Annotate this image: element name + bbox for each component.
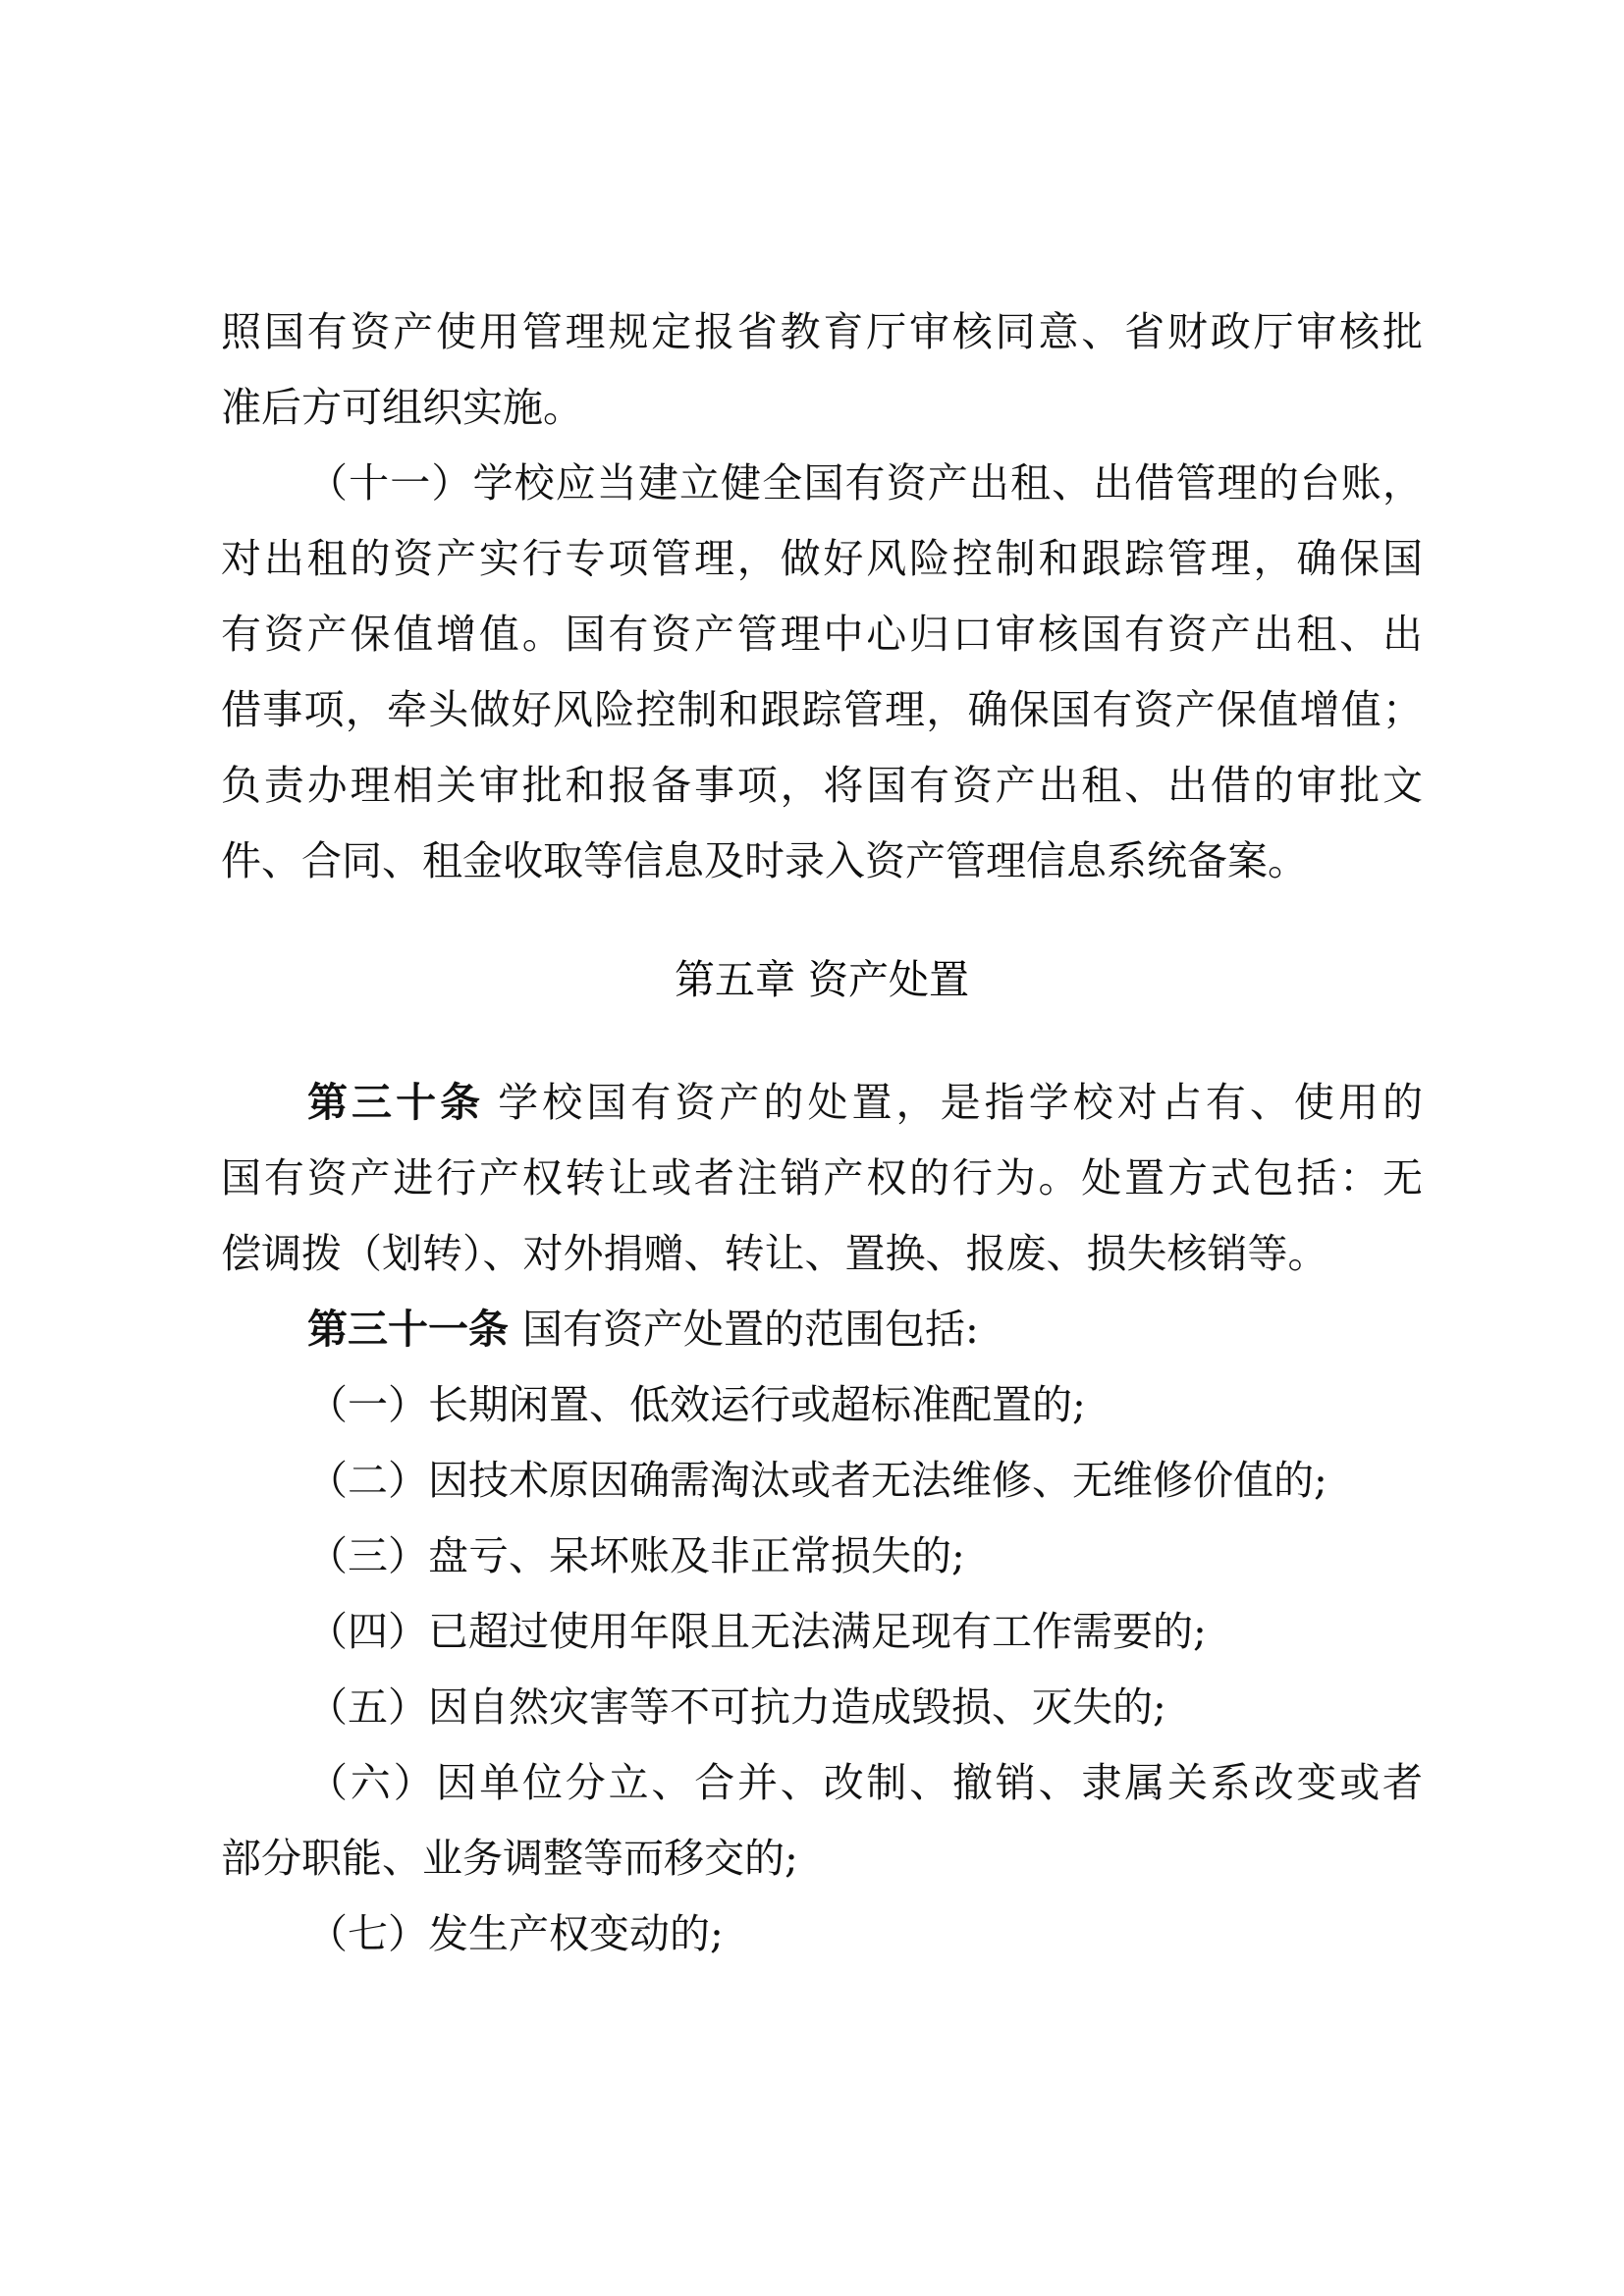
article-first-line: 第三十一条国有资产处置的范围包括:: [221, 1292, 1423, 1367]
continuation-paragraph: 照国有资产使用管理规定报省教育厅审核同意、省财政厅审核批 准后方可组织实施。: [221, 294, 1423, 446]
list-item: （三）盘亏、呆坏账及非正常损失的;: [221, 1519, 1423, 1594]
list-item: （六）因单位分立、合并、改制、撤销、隶属关系改变或者: [221, 1745, 1423, 1821]
text-line: 国有资产进行产权转让或者注销产权的行为。处置方式包括：无: [221, 1141, 1423, 1216]
text-line: 对出租的资产实行专项管理，做好风险控制和跟踪管理，确保国: [221, 521, 1423, 597]
list-item: （五）因自然灾害等不可抗力造成毁损、灭失的;: [221, 1670, 1423, 1745]
list-item: （四）已超过使用年限且无法满足现有工作需要的;: [221, 1594, 1423, 1670]
article-label: 第三十条: [307, 1079, 484, 1126]
item-11-paragraph: （十一）学校应当建立健全国有资产出租、出借管理的台账， 对出租的资产实行专项管理…: [221, 446, 1423, 899]
article-30: 第三十条学校国有资产的处置，是指学校对占有、使用的 国有资产进行产权转让或者注销…: [221, 1065, 1423, 1292]
text-line: （十一）学校应当建立健全国有资产出租、出借管理的台账，: [221, 446, 1423, 521]
article-text: 国有资产处置的范围包括:: [522, 1306, 979, 1353]
text-line: 有资产保值增值。国有资产管理中心归口审核国有资产出租、出: [221, 597, 1423, 672]
text-line: 准后方可组织实施。: [221, 370, 1423, 446]
text-line: 负责办理相关审批和报备事项，将国有资产出租、出借的审批文: [221, 748, 1423, 824]
list-item: （七）发生产权变动的;: [221, 1896, 1423, 1972]
article-first-line: 第三十条学校国有资产的处置，是指学校对占有、使用的: [221, 1065, 1423, 1141]
text-line: 照国有资产使用管理规定报省教育厅审核同意、省财政厅审核批: [221, 294, 1423, 370]
article-text: 学校国有资产的处置，是指学校对占有、使用的: [498, 1079, 1423, 1126]
article-31: 第三十一条国有资产处置的范围包括: （一）长期闲置、低效运行或超标准配置的; （…: [221, 1292, 1423, 1972]
list-item: （二）因技术原因确需淘汰或者无法维修、无维修价值的;: [221, 1443, 1423, 1519]
list-item: （一）长期闲置、低效运行或超标准配置的;: [221, 1367, 1423, 1443]
chapter-heading: 第五章 资产处置: [221, 942, 1423, 1018]
text-line: 偿调拨（划转）、对外捐赠、转让、置换、报废、损失核销等。: [221, 1216, 1423, 1292]
text-line: 借事项，牵头做好风险控制和跟踪管理，确保国有资产保值增值；: [221, 672, 1423, 748]
list-item-continuation: 部分职能、业务调整等而移交的;: [221, 1821, 1423, 1896]
text-line: 件、合同、租金收取等信息及时录入资产管理信息系统备案。: [221, 824, 1423, 899]
document-page: 照国有资产使用管理规定报省教育厅审核同意、省财政厅审核批 准后方可组织实施。 （…: [221, 294, 1423, 1972]
article-label: 第三十一条: [307, 1306, 509, 1353]
